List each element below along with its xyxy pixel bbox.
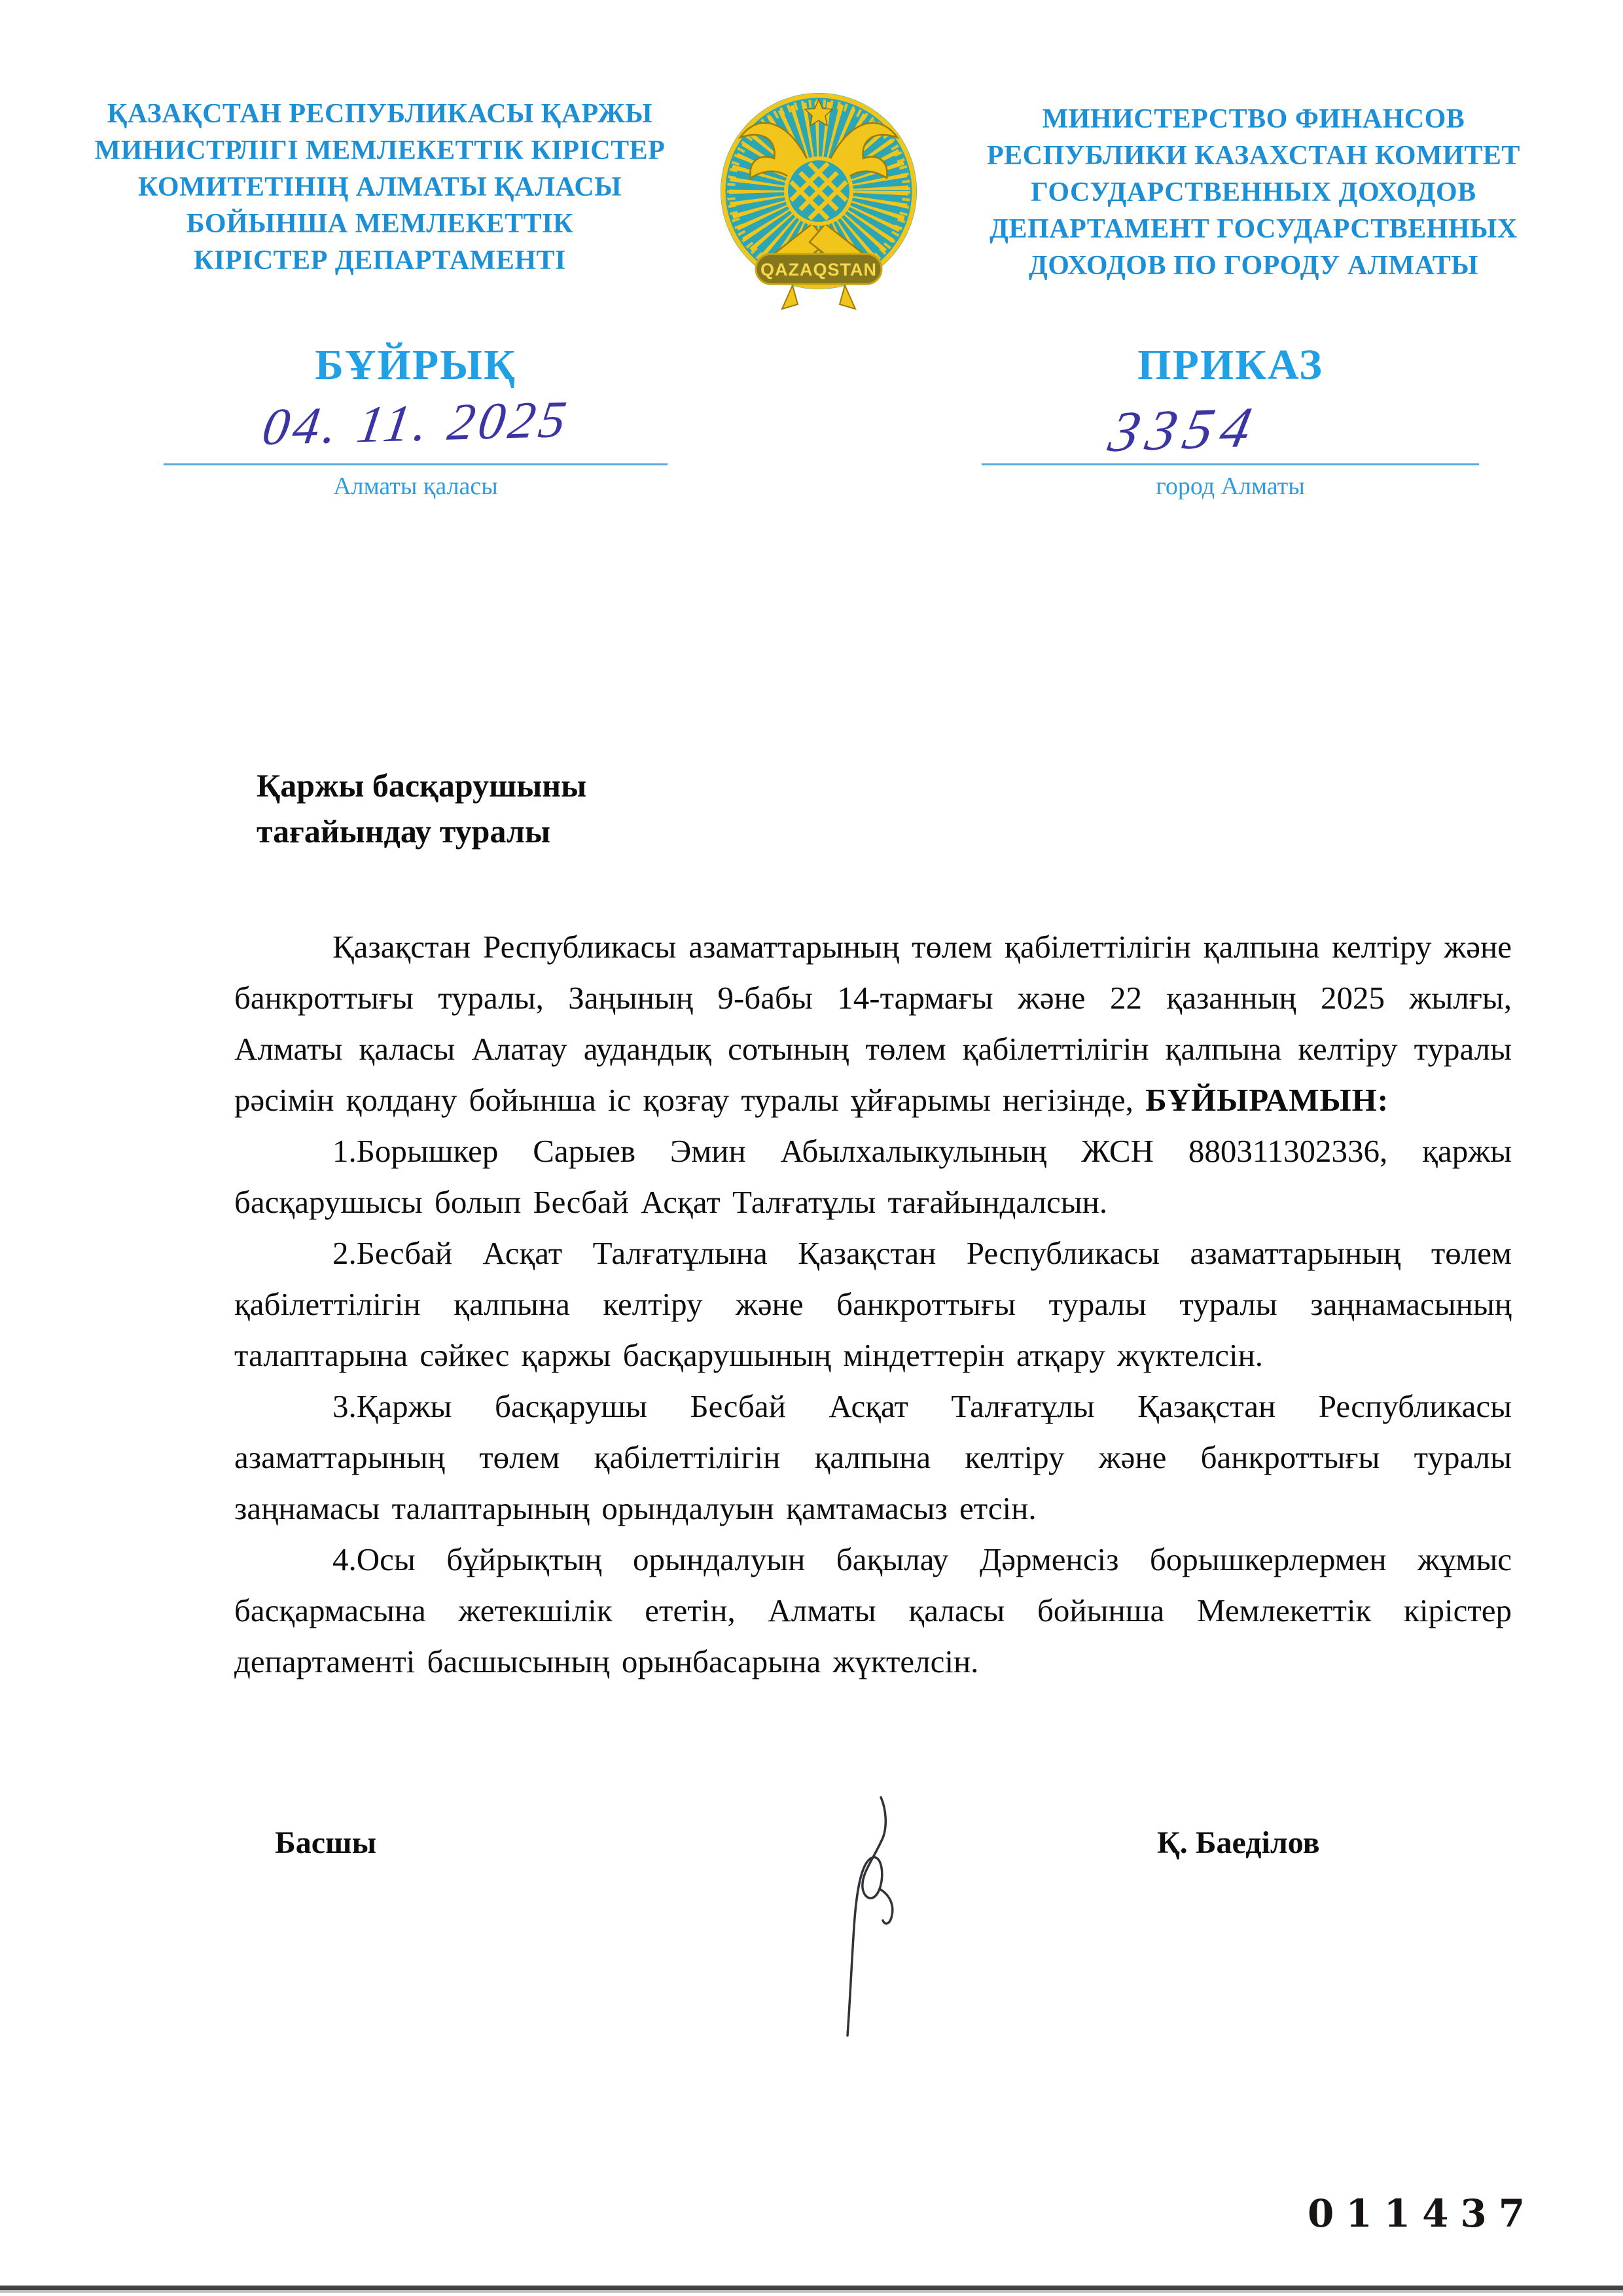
- subject-line: тағайындау туралы: [257, 808, 586, 854]
- registration-number-stamp: 011437: [1308, 2191, 1537, 2236]
- order-title-kazakh: БҰЙРЫҚ: [164, 340, 668, 390]
- signer-name: Қ. Баеділов: [1157, 1825, 1319, 1861]
- subject-heading: Қаржы басқарушыны тағайындау туралы: [257, 762, 586, 854]
- org-name-russian: МИНИСТЕРСТВО ФИНАНСОВ РЕСПУБЛИКИ КАЗАХСТ…: [917, 84, 1590, 284]
- paragraph-item-4: 4.Осы бұйрықтың орындалуын бақылау Дәрме…: [234, 1534, 1512, 1687]
- scan-edge-shadow: [0, 2290, 1623, 2293]
- org-name-russian-line: ДЕПАРТАМЕНТ ГОСУДАРСТВЕННЫХ: [917, 211, 1590, 247]
- scan-edge-line: [0, 2286, 1623, 2290]
- place-label-russian: город Алматы: [982, 472, 1479, 501]
- org-name-russian-line: ДОХОДОВ ПО ГОРОДУ АЛМАТЫ: [917, 247, 1590, 284]
- org-name-kazakh-line: БОЙЫНША МЕМЛЕКЕТТІК: [72, 206, 688, 242]
- place-label-kazakh: Алматы қаласы: [164, 472, 668, 501]
- subject-line: Қаржы басқарушыны: [257, 762, 586, 808]
- paragraph-preamble: Қазақстан Республикасы азаматтарының төл…: [234, 922, 1512, 1126]
- order-body: Қазақстан Республикасы азаматтарының төл…: [234, 922, 1512, 1687]
- kazakhstan-state-emblem-icon: QAZAQSTAN: [714, 67, 923, 315]
- org-name-russian-line: РЕСПУБЛИКИ КАЗАХСТАН КОМИТЕТ: [917, 137, 1590, 174]
- paragraph-item-2: 2.Бесбай Асқат Талғатұлына Қазақстан Рес…: [234, 1228, 1512, 1381]
- paragraph-item-1: 1.Борышкер Сарыев Эмин Абылхалыкулының Ж…: [234, 1126, 1512, 1228]
- paragraph-item-3: 3.Қаржы басқарушы Бесбай Асқат Талғатұлы…: [234, 1381, 1512, 1534]
- org-name-russian-line: ГОСУДАРСТВЕННЫХ ДОХОДОВ: [917, 174, 1590, 211]
- org-name-kazakh-line: ҚАЗАҚСТАН РЕСПУБЛИКАСЫ ҚАРЖЫ: [72, 96, 688, 132]
- emblem-banner-text: QAZAQSTAN: [760, 260, 877, 279]
- handwritten-order-date: 04. 11. 2025: [158, 387, 674, 469]
- org-name-kazakh: ҚАЗАҚСТАН РЕСПУБЛИКАСЫ ҚАРЖЫ МИНИСТРЛІГІ…: [72, 84, 688, 279]
- handwritten-signature: [818, 1775, 936, 2050]
- signer-position-label: Басшы: [275, 1825, 376, 1861]
- order-verb: БҰЙЫРАМЫН:: [1145, 1082, 1389, 1118]
- org-name-kazakh-line: КІРІСТЕР ДЕПАРТАМЕНТІ: [72, 242, 688, 279]
- handwritten-order-number: 3354: [926, 388, 1442, 472]
- org-name-kazakh-line: КОМИТЕТІНІҢ АЛМАТЫ ҚАЛАСЫ: [72, 169, 688, 206]
- order-title-russian: ПРИКАЗ: [982, 340, 1479, 390]
- letterhead: ҚАЗАҚСТАН РЕСПУБЛИКАСЫ ҚАРЖЫ МИНИСТРЛІГІ…: [72, 84, 1590, 332]
- org-name-kazakh-line: МИНИСТРЛІГІ МЕМЛЕКЕТТІК КІРІСТЕР: [72, 132, 688, 169]
- order-header-russian: ПРИКАЗ 3354 город Алматы: [982, 340, 1479, 501]
- org-name-russian-line: МИНИСТЕРСТВО ФИНАНСОВ: [917, 101, 1590, 137]
- order-header-kazakh: БҰЙРЫҚ 04. 11. 2025 Алматы қаласы: [164, 340, 668, 501]
- scanned-order-document: ҚАЗАҚСТАН РЕСПУБЛИКАСЫ ҚАРЖЫ МИНИСТРЛІГІ…: [0, 0, 1623, 2296]
